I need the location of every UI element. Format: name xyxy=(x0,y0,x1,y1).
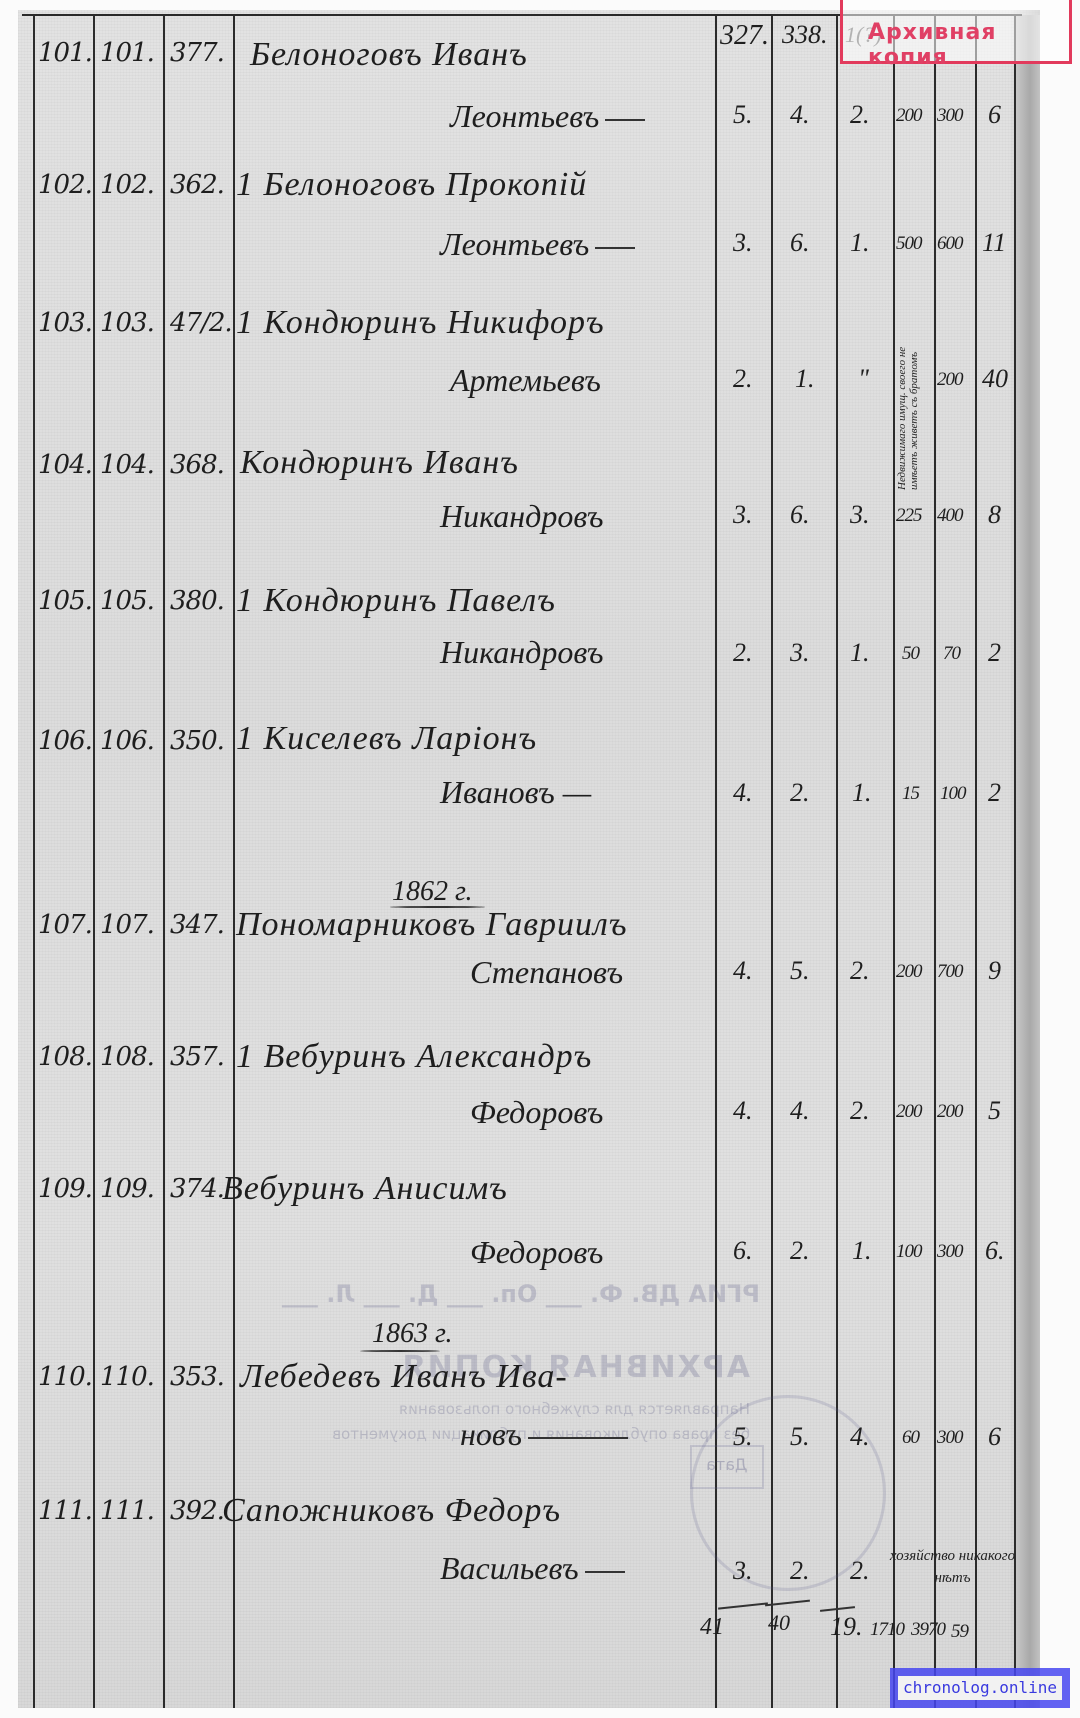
value-col2: 2. xyxy=(790,1238,810,1264)
total-col3: 19. xyxy=(830,1614,863,1640)
household-number: 357. xyxy=(170,1044,224,1070)
column-rule xyxy=(934,15,936,1708)
value-col2: 6. xyxy=(790,230,810,256)
person-name: 1 Вебуринъ Александръ xyxy=(236,1040,592,1074)
patronymic: новъ xyxy=(460,1418,628,1450)
household-number: 362. xyxy=(170,172,224,198)
value-col4: 200 xyxy=(896,106,922,125)
patronymic: Артемьевъ xyxy=(450,364,601,396)
value-col6: 2 xyxy=(988,640,1001,666)
value-col3: 2. xyxy=(850,958,870,984)
household-number: 347. xyxy=(170,912,224,938)
total-col5: 3970 xyxy=(911,1620,945,1639)
value-col6: 8 xyxy=(988,502,1001,528)
person-name: 1 Белоноговъ Прокопій xyxy=(236,168,587,202)
person-name: Вебуринъ Анисимъ xyxy=(222,1172,508,1206)
value-col2: 3. xyxy=(790,640,810,666)
value-col2: 1. xyxy=(795,366,815,392)
year-underline xyxy=(360,1350,440,1352)
total-col6: 59 xyxy=(951,1622,968,1641)
value-col2: 2. xyxy=(790,1558,810,1584)
value-col1: 5. xyxy=(733,1424,753,1450)
column-rule xyxy=(33,15,35,1708)
value-col2: 4. xyxy=(790,1098,810,1124)
value-col1: 4. xyxy=(733,958,753,984)
header-fragment: 327. xyxy=(720,22,769,50)
value-col6: 2 xyxy=(988,780,1001,806)
value-col6: 40 xyxy=(982,366,1008,392)
row-number: 102. xyxy=(100,172,154,198)
header-fragment: 338. xyxy=(782,22,828,48)
value-col4: 500 xyxy=(896,234,922,253)
person-name: 1 Киселевъ Ларіонъ xyxy=(236,722,537,756)
column-rule xyxy=(1014,15,1016,1708)
date-box-bleedthrough: Дата xyxy=(690,1445,764,1489)
side-note-row-103: Недвижимаго имущ. своего не имѣетъ живет… xyxy=(896,310,932,490)
value-col1: 2. xyxy=(733,640,753,666)
patronymic: Федоровъ xyxy=(470,1236,603,1268)
row-number: 109. xyxy=(100,1176,154,1202)
value-col5: 600 xyxy=(937,234,963,253)
value-col6: 9 xyxy=(988,958,1001,984)
value-col5: 300 xyxy=(937,1428,963,1447)
household-number: 368. xyxy=(170,452,224,478)
row-index: 106. xyxy=(38,728,92,754)
person-name: 1 Кондюринъ Никифоръ xyxy=(236,306,605,340)
household-number: 377. xyxy=(170,40,224,66)
value-col5: 200 xyxy=(937,1102,963,1121)
household-number: 392. xyxy=(170,1498,224,1524)
value-col3: 1. xyxy=(852,1238,872,1264)
archive-copy-stamp-label: Архивная копия xyxy=(868,20,1080,70)
value-col2: 5. xyxy=(790,958,810,984)
value-col1: 3. xyxy=(733,502,753,528)
row-number: 107. xyxy=(100,912,154,938)
value-col5: 300 xyxy=(937,106,963,125)
year-annotation: 1862 г. xyxy=(392,876,473,908)
household-number: 374. xyxy=(170,1176,224,1202)
row-index: 103. xyxy=(38,310,92,336)
value-col6: 11 xyxy=(982,230,1006,256)
person-name: 1 Кондюринъ Павелъ xyxy=(236,584,556,618)
value-col2: 4. xyxy=(790,102,810,128)
value-col5: 400 xyxy=(937,506,963,525)
household-number: 380. xyxy=(170,588,224,614)
year-annotation: 1863 г. xyxy=(372,1318,453,1350)
value-col1: 4. xyxy=(733,780,753,806)
value-col4: 60 xyxy=(902,1428,919,1447)
household-number: 47/2. xyxy=(170,310,232,336)
value-col4: 200 xyxy=(896,1102,922,1121)
value-col1: 3. xyxy=(733,230,753,256)
total-col1: 41 xyxy=(700,1615,724,1639)
person-name: Сапожниковъ Федоръ xyxy=(222,1494,561,1528)
value-col5: 200 xyxy=(937,370,963,389)
value-col6: 5 xyxy=(988,1098,1001,1124)
value-col3: 1. xyxy=(852,780,872,806)
value-col2: 5. xyxy=(790,1424,810,1450)
row-index: 104. xyxy=(38,452,92,478)
row-index: 108. xyxy=(38,1044,92,1070)
row-number: 111. xyxy=(100,1498,154,1524)
value-col4: 200 xyxy=(896,962,922,981)
page-edge-shadow xyxy=(1015,15,1040,1708)
row-number: 103. xyxy=(100,310,154,336)
value-col6: 6 xyxy=(988,102,1001,128)
value-col5: 300 xyxy=(937,1242,963,1261)
value-col3: 2. xyxy=(850,1558,870,1584)
column-rule xyxy=(975,15,977,1708)
patronymic: Леонтьевъ xyxy=(450,100,645,132)
value-col3: 4. xyxy=(850,1424,870,1450)
row-number: 101. xyxy=(100,40,154,66)
value-col2: 2. xyxy=(790,780,810,806)
patronymic: Ивановъ — xyxy=(440,776,591,808)
value-col1: 2. xyxy=(733,366,753,392)
value-col1: 5. xyxy=(733,102,753,128)
value-col4: 50 xyxy=(902,644,919,663)
person-name: Кондюринъ Иванъ xyxy=(240,446,519,480)
value-col5: 700 xyxy=(937,962,963,981)
value-col6: 6. xyxy=(985,1238,1005,1264)
value-col1: 6. xyxy=(733,1238,753,1264)
row-number: 106. xyxy=(100,728,154,754)
row-index: 107. xyxy=(38,912,92,938)
row-index: 102. xyxy=(38,172,92,198)
patronymic: Федоровъ xyxy=(470,1096,603,1128)
total-col2: 40 xyxy=(768,1612,790,1634)
row-index: 105. xyxy=(38,588,92,614)
patronymic: Васильевъ xyxy=(440,1552,625,1584)
total-col4: 1710 xyxy=(870,1620,904,1639)
household-number: 353. xyxy=(170,1364,224,1390)
value-col1: 3. xyxy=(733,1558,753,1584)
household-note-row-111: хозяйство никакого нѣтъ xyxy=(880,1545,1025,1589)
patronymic: Никандровъ xyxy=(440,636,603,668)
patronymic: Леонтьевъ xyxy=(440,228,635,260)
household-number: 350. xyxy=(170,728,224,754)
value-col3: 2. xyxy=(850,1098,870,1124)
column-rule xyxy=(893,15,895,1708)
watermark-label: chronolog.online xyxy=(898,1676,1062,1700)
value-col3: 1. xyxy=(850,640,870,666)
value-col3: 3. xyxy=(850,502,870,528)
value-col4: 15 xyxy=(902,784,919,803)
value-col2: 6. xyxy=(790,502,810,528)
person-name: Пономарниковъ Гавриилъ xyxy=(236,908,627,942)
row-number: 104. xyxy=(100,452,154,478)
patronymic: Степановъ xyxy=(470,956,623,988)
value-col3: 2. xyxy=(850,102,870,128)
patronymic: Никандровъ xyxy=(440,500,603,532)
value-col4: 100 xyxy=(896,1242,922,1261)
row-index: 110. xyxy=(38,1364,92,1390)
row-index: 101. xyxy=(38,40,92,66)
row-number: 110. xyxy=(100,1364,154,1390)
row-index: 111. xyxy=(38,1498,92,1524)
value-col3: 1. xyxy=(850,230,870,256)
person-name: Лебедевъ Иванъ Ива- xyxy=(240,1360,568,1394)
value-col3: " xyxy=(858,366,869,392)
value-col1: 4. xyxy=(733,1098,753,1124)
row-number: 108. xyxy=(100,1044,154,1070)
value-col5: 70 xyxy=(943,644,960,663)
row-index: 109. xyxy=(38,1176,92,1202)
row-number: 105. xyxy=(100,588,154,614)
person-name: Белоноговъ Иванъ xyxy=(250,38,528,72)
value-col4: 225 xyxy=(896,506,922,525)
value-col5: 100 xyxy=(940,784,966,803)
column-rule xyxy=(93,15,95,1708)
value-col6: 6 xyxy=(988,1424,1001,1450)
